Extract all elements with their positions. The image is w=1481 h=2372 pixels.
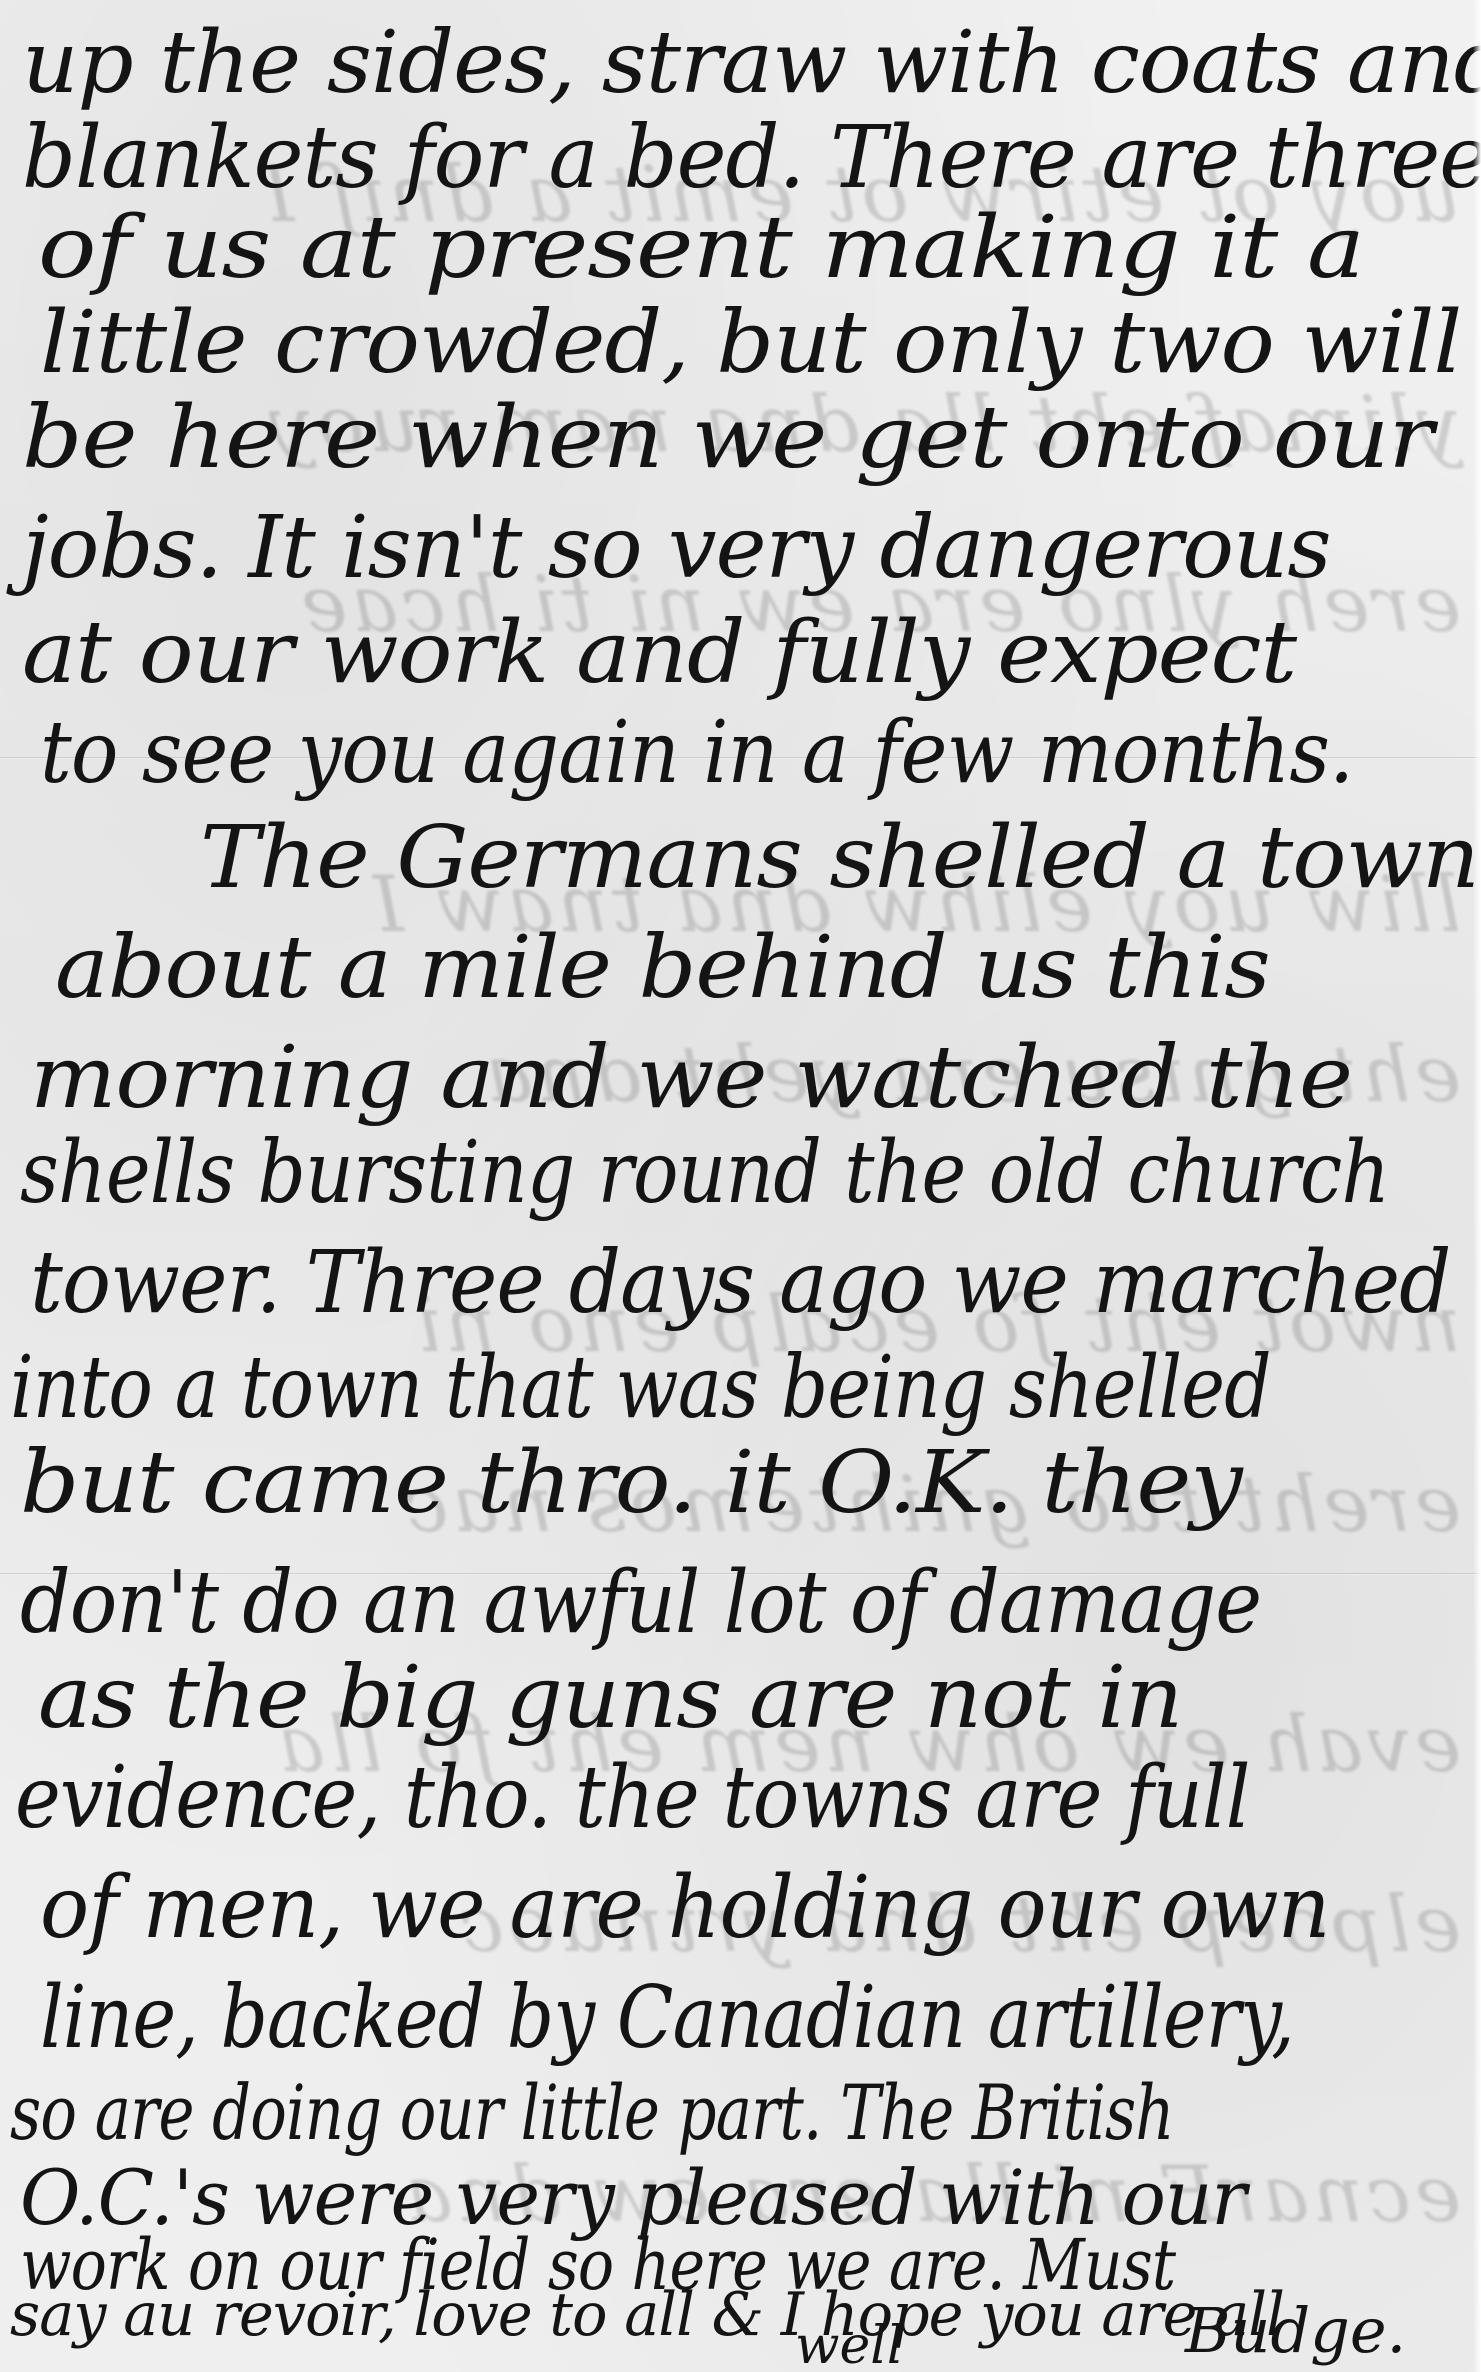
- letter-line: of men, we are holding our own: [40, 1865, 1329, 1951]
- letter-line: evidence, tho. the towns are full: [15, 1755, 1250, 1841]
- letter-line: The Germans shelled a town: [200, 815, 1479, 901]
- letter-line: into a town that was being shelled: [10, 1345, 1271, 1431]
- letter-line: about a mile behind us this: [55, 925, 1270, 1011]
- closing-insert: well: [795, 2320, 904, 2372]
- page-edge: [1473, 0, 1481, 2372]
- letter-line: don't do an awful lot of damage: [20, 1560, 1261, 1646]
- signature: Budge.: [1185, 2300, 1406, 2362]
- letter-line: shells bursting round the old church: [20, 1130, 1389, 1216]
- letter-line: morning and we watched the: [30, 1035, 1352, 1121]
- letter-line: as the big guns are not in: [38, 1655, 1182, 1741]
- letter-line: little crowded, but only two will: [40, 300, 1461, 386]
- letter-line: say au revoir, love to all & I hope you …: [10, 2285, 1284, 2345]
- letter-page: uoy ot etirw ot emit a dnif I ylimaf eht…: [0, 0, 1481, 2372]
- letter-line: blankets for a bed. There are three: [22, 115, 1481, 201]
- letter-line: be here when we get onto our: [22, 395, 1433, 481]
- letter-line: up the sides, straw with coats and: [22, 20, 1481, 106]
- letter-line: of us at present making it a: [38, 205, 1364, 291]
- letter-line: line, backed by Canadian artillery,: [40, 1975, 1294, 2061]
- letter-line: so are doing our little part. The Britis…: [10, 2075, 1174, 2151]
- letter-body: up the sides, straw with coats and blank…: [0, 0, 1481, 2372]
- letter-line: tower. Three days ago we marched: [30, 1240, 1451, 1326]
- letter-line: jobs. It isn't so very dangerous: [22, 505, 1331, 591]
- letter-line: at our work and fully expect: [22, 610, 1296, 696]
- letter-line: to see you again in a few months.: [40, 710, 1353, 796]
- letter-line: but came thro. it O.K. they: [20, 1440, 1242, 1526]
